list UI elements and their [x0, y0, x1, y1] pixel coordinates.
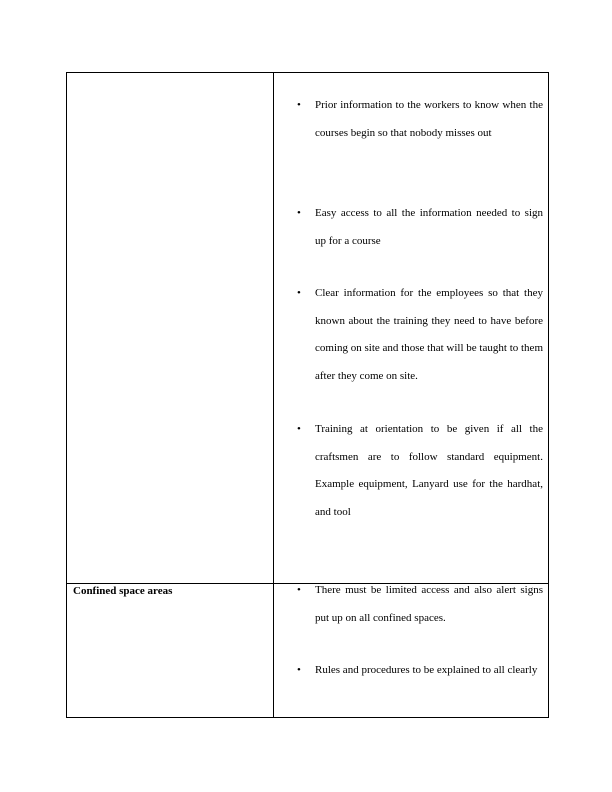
list-item: • Prior information to the workers to kn…: [315, 92, 543, 147]
bullet-icon: •: [297, 280, 301, 308]
bullet-icon: •: [297, 92, 301, 120]
list-item: • Clear information for the employees so…: [315, 280, 543, 390]
bullet-icon: •: [297, 416, 301, 444]
column-divider: [273, 73, 274, 717]
list-item: • Easy access to all the information nee…: [315, 200, 543, 255]
list-item: • Training at orientation to be given if…: [315, 416, 543, 526]
list-item: • There must be limited access and also …: [315, 577, 543, 632]
bullet-icon: •: [297, 200, 301, 228]
row-label: Confined space areas: [73, 583, 172, 598]
bullet-icon: •: [297, 657, 301, 685]
content-table: • Prior information to the workers to kn…: [66, 72, 549, 718]
bullet-icon: •: [297, 577, 301, 605]
list-item: • Rules and procedures to be explained t…: [315, 657, 543, 685]
